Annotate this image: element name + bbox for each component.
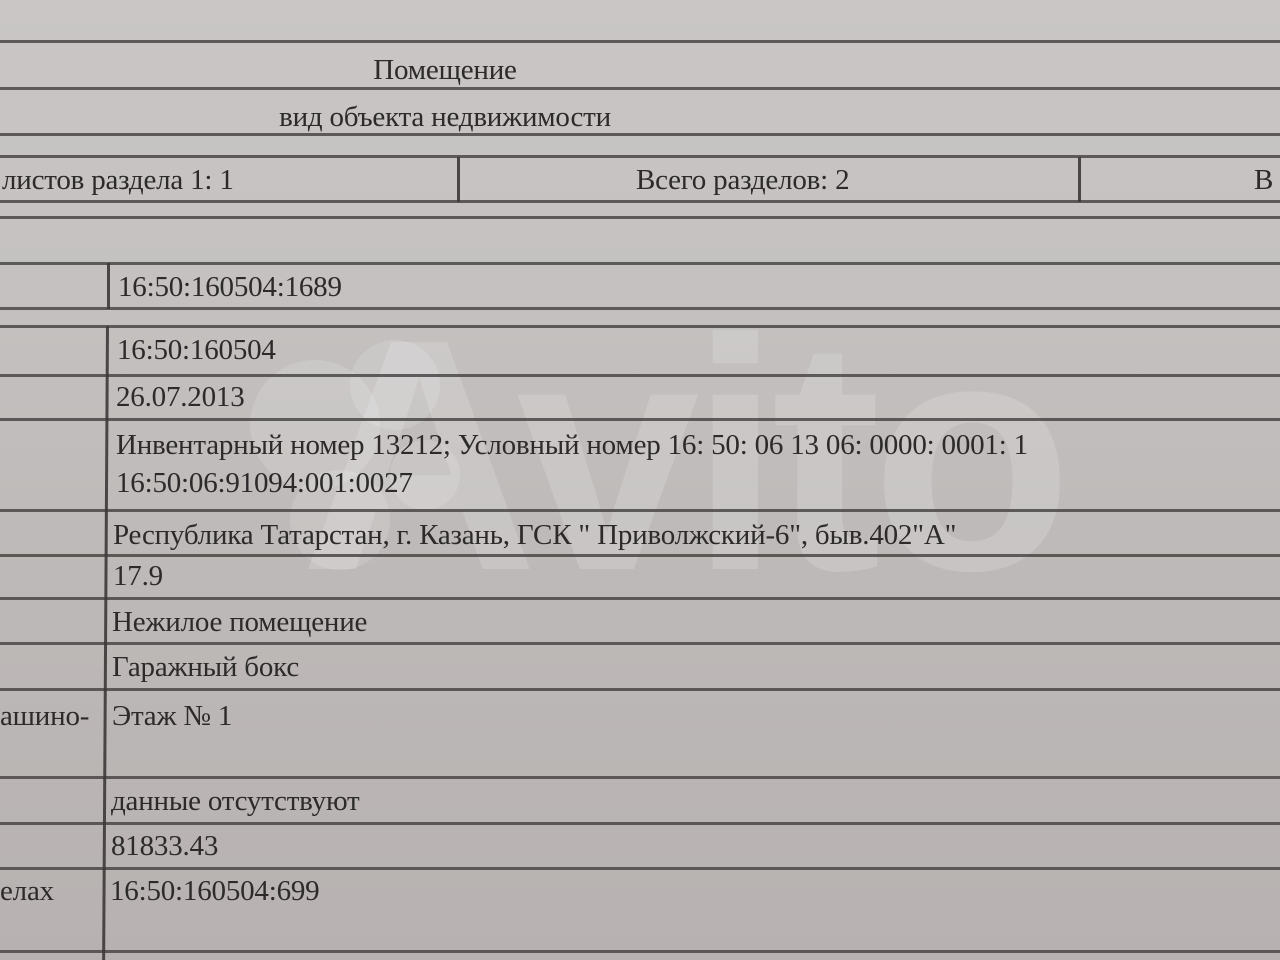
rule <box>0 554 1280 557</box>
rule <box>0 155 1280 158</box>
sheets-in-section: листов раздела 1: 1 <box>2 164 234 196</box>
purpose: Нежилое помещение <box>112 606 367 638</box>
parent-object-label: елах <box>0 875 54 907</box>
room-type: Гаражный бокс <box>112 651 299 683</box>
label-value-divider <box>107 263 110 309</box>
rule <box>0 325 1280 328</box>
rule <box>0 509 1280 512</box>
rule <box>0 216 1280 219</box>
cadastral-value: 81833.43 <box>111 830 218 862</box>
floor: Этаж № 1 <box>112 700 232 732</box>
data-absent: данные отсутствуют <box>111 785 360 817</box>
address: Республика Татарстан, г. Казань, ГСК " П… <box>113 519 956 551</box>
previous-numbers-line1: Инвентарный номер 13212; Условный номер … <box>116 429 1028 461</box>
header-divider <box>1078 157 1081 202</box>
parent-object-number: 16:50:160504:699 <box>110 875 319 907</box>
document-page: Avito Помещение вид объекта недвижимости… <box>0 0 1280 960</box>
rule <box>0 642 1280 645</box>
rule <box>0 374 1280 377</box>
header-divider <box>457 157 460 202</box>
rule <box>0 867 1280 870</box>
total-sections: Всего разделов: 2 <box>636 164 849 196</box>
rule <box>0 776 1280 779</box>
rule <box>0 688 1280 691</box>
rule <box>0 87 1280 90</box>
rule <box>0 597 1280 600</box>
previous-numbers-line2: 16:50:06:91094:001:0027 <box>116 467 413 499</box>
rule <box>0 950 1280 953</box>
cadastral-quarter: 16:50:160504 <box>117 334 276 366</box>
floor-label: ашино- <box>0 700 89 732</box>
object-type-caption: вид объекта недвижимости <box>220 101 670 133</box>
rule <box>0 133 1280 136</box>
cadastral-number: 16:50:160504:1689 <box>118 271 342 303</box>
rule <box>0 418 1280 421</box>
rule <box>0 40 1280 43</box>
rule <box>0 822 1280 825</box>
area: 17.9 <box>113 560 163 592</box>
rule <box>0 200 1280 203</box>
object-type: Помещение <box>300 54 590 86</box>
rule <box>0 307 1280 310</box>
cut-off-cell: В <box>1254 164 1273 196</box>
registration-date: 26.07.2013 <box>116 381 245 413</box>
rule <box>0 262 1280 265</box>
